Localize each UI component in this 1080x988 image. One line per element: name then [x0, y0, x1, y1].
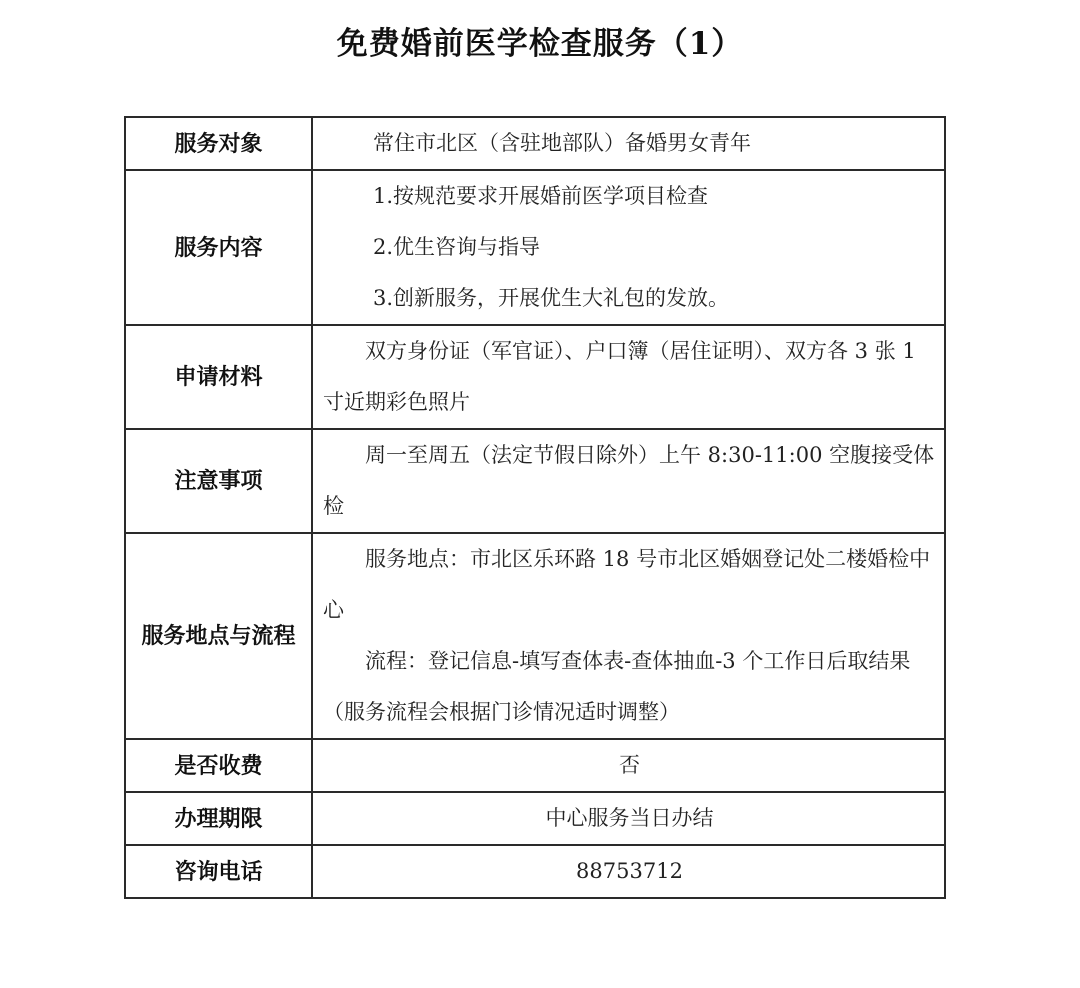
table-row-materials: 申请材料 双方身份证（军官证）、户口簿（居住证明）、双方各 3 张 1 寸近期彩… — [125, 325, 945, 429]
table-row-location-process: 服务地点与流程 服务地点：市北区乐环路 18 号市北区婚姻登记处二楼婚检中心 流… — [125, 533, 945, 739]
row-label: 是否收费 — [125, 739, 312, 792]
service-info-table: 服务对象 常住市北区（含驻地部队）备婚男女青年 服务内容 1.按规范要求开展婚前… — [124, 116, 946, 899]
row-label: 服务对象 — [125, 117, 312, 170]
table-row-deadline: 办理期限 中心服务当日办结 — [125, 792, 945, 845]
row-value: 否 — [312, 739, 945, 792]
value-line: 否 — [313, 740, 944, 791]
value-line: 服务地点：市北区乐环路 18 号市北区婚姻登记处二楼婚检中心 — [313, 534, 944, 636]
phone-number: 88753712 — [313, 846, 944, 897]
row-value: 常住市北区（含驻地部队）备婚男女青年 — [312, 117, 945, 170]
row-value: 服务地点：市北区乐环路 18 号市北区婚姻登记处二楼婚检中心 流程：登记信息-填… — [312, 533, 945, 739]
value-line: 1.按规范要求开展婚前医学项目检查 — [313, 171, 944, 222]
row-label: 咨询电话 — [125, 845, 312, 898]
row-label: 注意事项 — [125, 429, 312, 533]
row-label: 办理期限 — [125, 792, 312, 845]
value-line: 3.创新服务，开展优生大礼包的发放。 — [313, 273, 944, 324]
row-label: 申请材料 — [125, 325, 312, 429]
value-line: 流程：登记信息-填写查体表-查体抽血-3 个工作日后取结果 （服务流程会根据门诊… — [313, 636, 944, 738]
row-value: 中心服务当日办结 — [312, 792, 945, 845]
row-value: 双方身份证（军官证）、户口簿（居住证明）、双方各 3 张 1 寸近期彩色照片 — [312, 325, 945, 429]
row-value: 88753712 — [312, 845, 945, 898]
value-line: 周一至周五（法定节假日除外）上午 8:30-11:00 空腹接受体检 — [313, 430, 944, 532]
document-title: 免费婚前医学检查服务（1） — [0, 18, 1080, 63]
table-row-service-target: 服务对象 常住市北区（含驻地部队）备婚男女青年 — [125, 117, 945, 170]
value-line: 双方身份证（军官证）、户口簿（居住证明）、双方各 3 张 1 寸近期彩色照片 — [313, 326, 944, 428]
value-line: 中心服务当日办结 — [313, 793, 944, 844]
table-row-service-content: 服务内容 1.按规范要求开展婚前医学项目检查 2.优生咨询与指导 3.创新服务，… — [125, 170, 945, 325]
row-label: 服务地点与流程 — [125, 533, 312, 739]
row-value: 1.按规范要求开展婚前医学项目检查 2.优生咨询与指导 3.创新服务，开展优生大… — [312, 170, 945, 325]
row-value: 周一至周五（法定节假日除外）上午 8:30-11:00 空腹接受体检 — [312, 429, 945, 533]
row-label: 服务内容 — [125, 170, 312, 325]
value-line: 2.优生咨询与指导 — [313, 222, 944, 273]
table-row-notes: 注意事项 周一至周五（法定节假日除外）上午 8:30-11:00 空腹接受体检 — [125, 429, 945, 533]
table-row-fee: 是否收费 否 — [125, 739, 945, 792]
table-row-phone: 咨询电话 88753712 — [125, 845, 945, 898]
value-line: 常住市北区（含驻地部队）备婚男女青年 — [313, 118, 944, 169]
